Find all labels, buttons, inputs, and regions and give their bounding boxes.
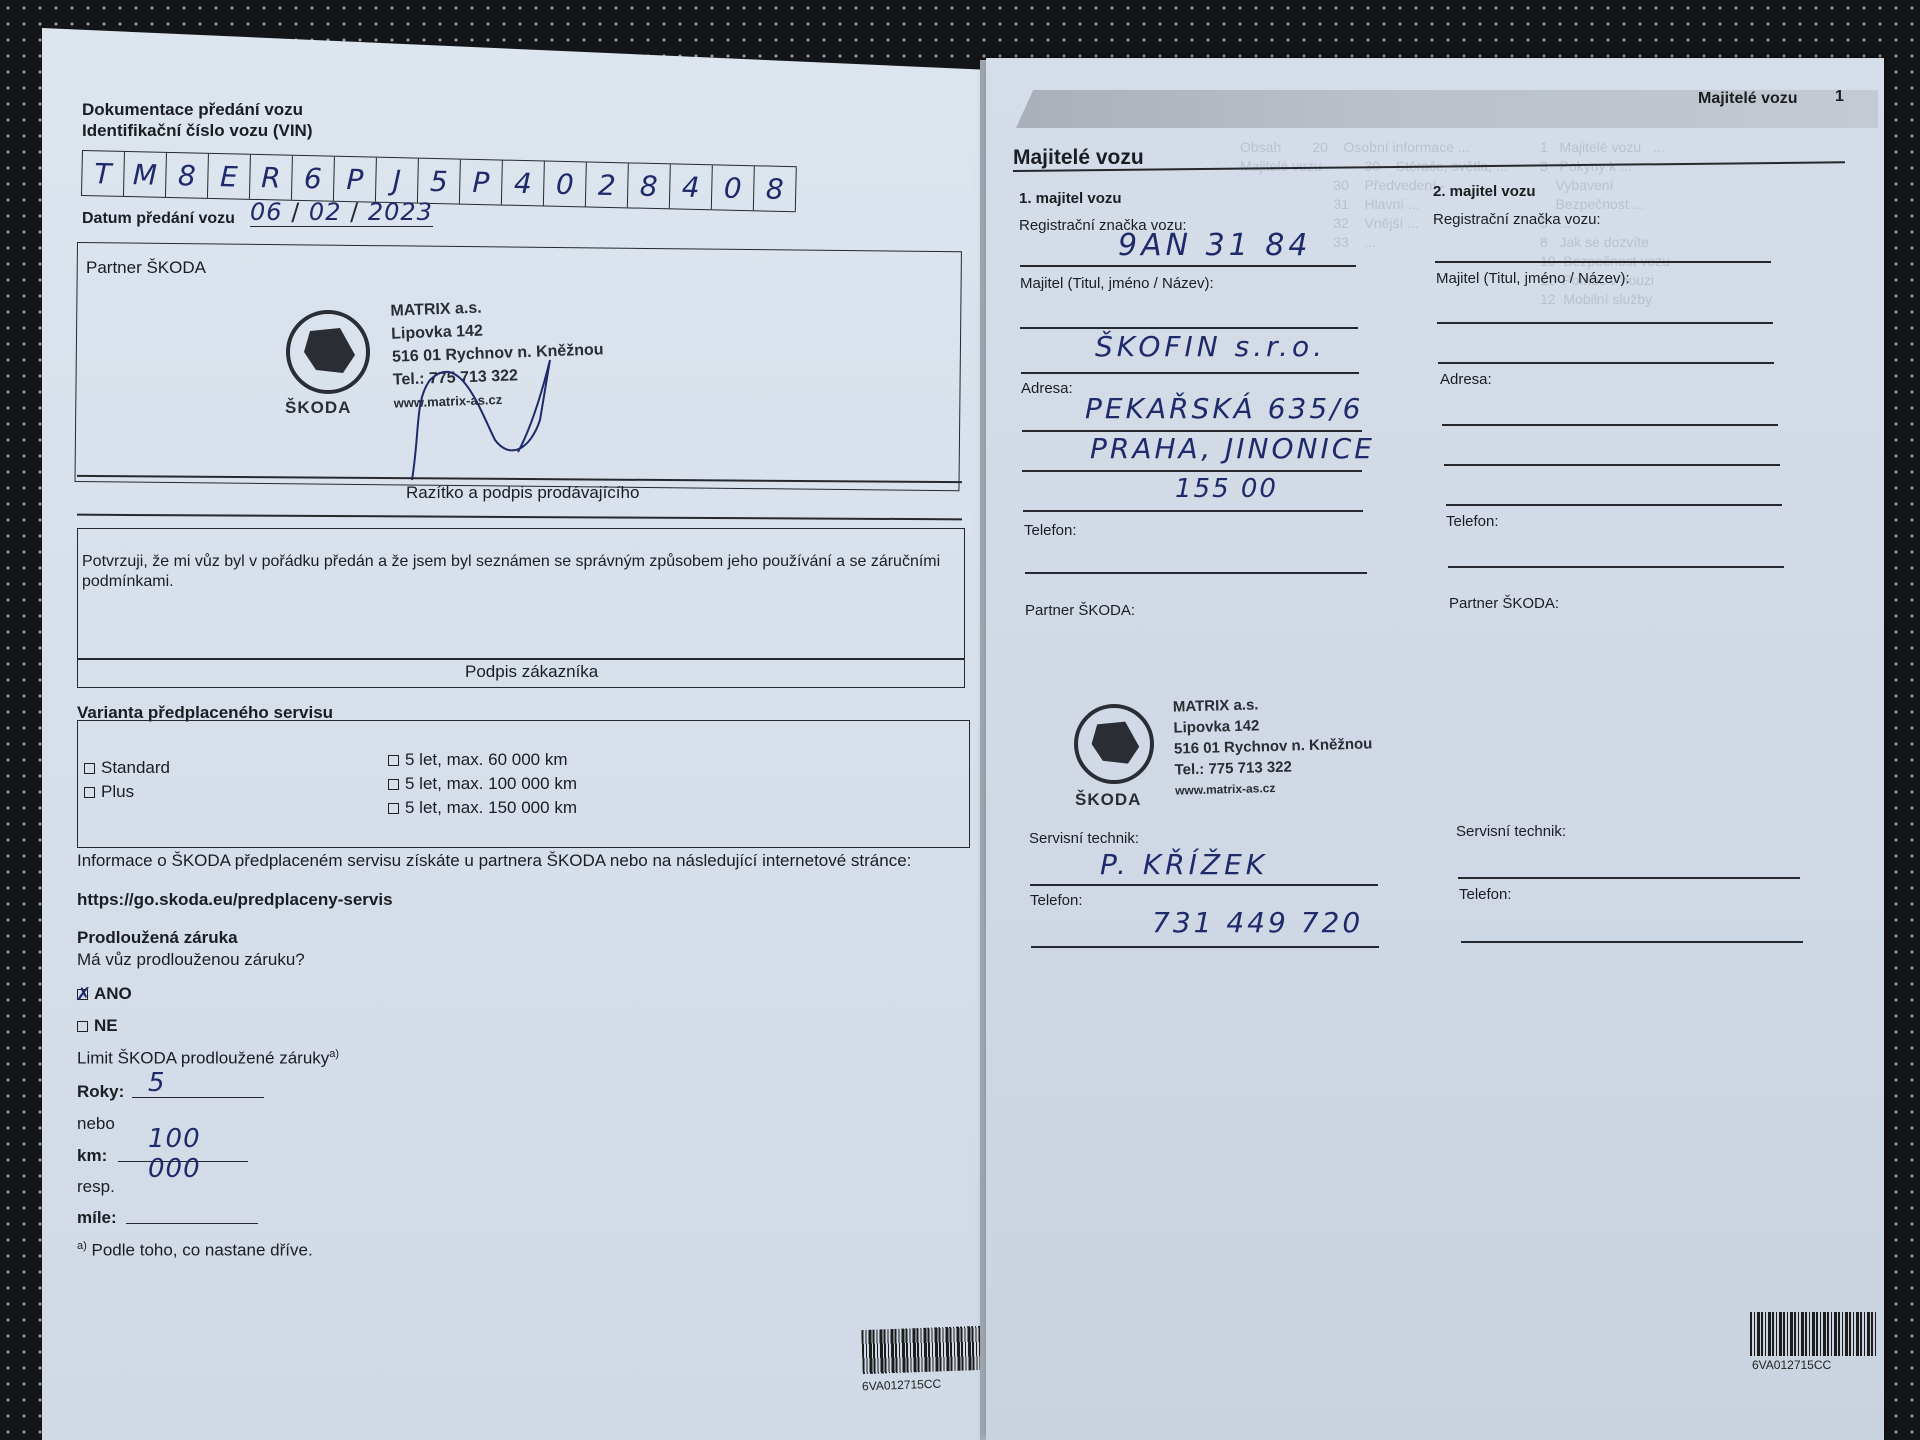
warranty-no-label: NE bbox=[94, 1016, 118, 1035]
owner1-technician-field[interactable] bbox=[1030, 884, 1378, 886]
seller-signature bbox=[400, 340, 560, 490]
warranty-no-option[interactable]: NE bbox=[77, 1016, 118, 1036]
stamp-brand: ŠKODA bbox=[285, 398, 351, 418]
owner1-tech-phone-field[interactable] bbox=[1031, 946, 1379, 948]
checkbox-icon[interactable] bbox=[84, 787, 95, 798]
owner2-technician-label: Servisní technik: bbox=[1456, 823, 1566, 840]
vin-char-cell[interactable]: 8 bbox=[628, 163, 671, 208]
km-label: km: bbox=[77, 1146, 107, 1166]
owner2-address-label: Adresa: bbox=[1440, 371, 1492, 388]
owner1-owner-field-2[interactable] bbox=[1021, 372, 1359, 374]
barcode bbox=[1750, 1312, 1876, 1356]
page-title: Majitelé vozu bbox=[1013, 146, 1144, 170]
vin-char-cell[interactable]: T bbox=[82, 151, 125, 196]
owner1-address-line2: PRAHA, JINONICE bbox=[1090, 432, 1375, 465]
variant-standard-label: Standard bbox=[101, 758, 170, 777]
vin-char-cell[interactable]: 2 bbox=[586, 162, 629, 207]
vin-char-cell[interactable]: P bbox=[334, 157, 377, 202]
vin-char-cell[interactable]: P bbox=[460, 160, 503, 205]
skoda-logo-icon bbox=[286, 310, 370, 394]
owner1-tech-phone-value: 731 449 720 bbox=[1152, 906, 1363, 939]
owner2-address-field-1[interactable] bbox=[1442, 424, 1778, 426]
owner2-owner-field-2[interactable] bbox=[1438, 362, 1774, 364]
owner2-plate-field[interactable] bbox=[1435, 261, 1771, 263]
km-field[interactable]: 100 000 bbox=[118, 1124, 248, 1162]
option-150000[interactable]: 5 let, max. 150 000 km bbox=[388, 796, 577, 820]
barcode-label: 6VA012715CC bbox=[1752, 1358, 1831, 1372]
footnote: a) Podle toho, co nastane dříve. bbox=[77, 1240, 313, 1261]
handover-date-label: Datum předání vozu bbox=[82, 210, 235, 228]
owner1-plate-value: 9AN 31 84 bbox=[1118, 228, 1311, 263]
date-day: 06 bbox=[250, 198, 283, 226]
owner2-owner-field-1[interactable] bbox=[1437, 322, 1773, 324]
option-60000[interactable]: 5 let, max. 60 000 km bbox=[388, 748, 577, 772]
seller-signature-caption: Razítko a podpis prodávajícího bbox=[406, 483, 639, 503]
extended-warranty-question: Má vůz prodlouženou záruku? bbox=[77, 950, 305, 970]
option-100000-label: 5 let, max. 100 000 km bbox=[405, 774, 577, 793]
years-field[interactable]: 5 bbox=[132, 1068, 264, 1098]
vin-char-cell[interactable]: 5 bbox=[418, 159, 461, 204]
vin-label: Identifikační číslo vozu (VIN) bbox=[82, 121, 312, 141]
footnote-mark: a) bbox=[77, 1240, 87, 1252]
barcode bbox=[861, 1326, 982, 1374]
resp-label: resp. bbox=[77, 1177, 115, 1197]
customer-sign-divider bbox=[77, 658, 965, 660]
owner2-heading: 2. majitel vozu bbox=[1433, 183, 1536, 200]
vin-char-cell[interactable]: M bbox=[124, 152, 167, 197]
owner1-owner-field-1[interactable] bbox=[1020, 327, 1358, 329]
option-list: 5 let, max. 60 000 km 5 let, max. 100 00… bbox=[388, 748, 577, 820]
owner1-address-field-3[interactable] bbox=[1023, 510, 1363, 512]
owner2-plate-label: Registrační značka vozu: bbox=[1433, 211, 1601, 228]
skoda-logo-icon bbox=[1074, 704, 1154, 784]
option-60000-label: 5 let, max. 60 000 km bbox=[405, 750, 568, 769]
date-month: 02 bbox=[309, 198, 342, 226]
dealer-stamp-right: MATRIX a.s. Lipovka 142 516 01 Rychnov n… bbox=[1173, 691, 1374, 801]
owner2-address-field-2[interactable] bbox=[1444, 464, 1780, 466]
date-sep-2: / bbox=[350, 198, 359, 226]
section-header-title: Majitelé vozu bbox=[1698, 90, 1798, 108]
miles-field[interactable] bbox=[126, 1200, 258, 1224]
owner1-owner-value: ŠKOFIN s.r.o. bbox=[1095, 330, 1326, 363]
owner1-address-line3: 155 00 bbox=[1175, 474, 1278, 504]
warranty-yes-option[interactable]: ✗ANO bbox=[77, 984, 132, 1004]
variant-list: Standard Plus bbox=[84, 756, 170, 804]
limit-label-text: Limit ŠKODA prodloužené záruky bbox=[77, 1049, 329, 1068]
owner1-address-field-2[interactable] bbox=[1022, 470, 1362, 472]
owner2-technician-field[interactable] bbox=[1458, 877, 1800, 879]
variant-plus[interactable]: Plus bbox=[84, 780, 170, 804]
page-number: 1 bbox=[1835, 88, 1844, 106]
checkbox-checked-icon[interactable]: ✗ bbox=[77, 989, 88, 1000]
owner1-phone-field[interactable] bbox=[1025, 572, 1367, 574]
owner1-owner-label: Majitel (Titul, jméno / Název): bbox=[1020, 275, 1214, 292]
owner1-technician-label: Servisní technik: bbox=[1029, 830, 1139, 847]
option-150000-label: 5 let, max. 150 000 km bbox=[405, 798, 577, 817]
checkbox-icon[interactable] bbox=[388, 779, 399, 790]
owner2-tech-phone-label: Telefon: bbox=[1459, 886, 1512, 903]
date-year: 2023 bbox=[368, 198, 433, 226]
vin-char-cell[interactable]: 4 bbox=[502, 161, 545, 206]
owner1-partner-label: Partner ŠKODA: bbox=[1025, 602, 1135, 619]
vin-char-cell[interactable]: 6 bbox=[292, 156, 335, 201]
variant-standard[interactable]: Standard bbox=[84, 756, 170, 780]
or-label: nebo bbox=[77, 1114, 115, 1134]
partner-label: Partner ŠKODA bbox=[86, 258, 206, 278]
handover-doc-title: Dokumentace předání vozu bbox=[82, 100, 303, 120]
checkbox-icon[interactable] bbox=[77, 1021, 88, 1032]
confirmation-text: Potvrzuji, že mi vůz byl v pořádku předá… bbox=[82, 552, 962, 592]
years-label: Roky: bbox=[77, 1082, 124, 1102]
owner1-address-label: Adresa: bbox=[1021, 380, 1073, 397]
limit-footnote-mark: a) bbox=[329, 1048, 339, 1060]
extended-warranty-heading: Prodloužená záruka bbox=[77, 928, 238, 948]
vin-char-cell[interactable]: 0 bbox=[544, 162, 587, 207]
owner1-heading: 1. majitel vozu bbox=[1019, 190, 1122, 207]
owner2-address-field-3[interactable] bbox=[1446, 504, 1782, 506]
owner2-tech-phone-field[interactable] bbox=[1461, 941, 1803, 943]
info-text: Informace o ŠKODA předplaceném servisu z… bbox=[77, 851, 977, 871]
handover-date-field[interactable]: 06 / 02 / 2023 bbox=[250, 198, 433, 227]
warranty-limit-label: Limit ŠKODA prodloužené zárukya) bbox=[77, 1048, 339, 1069]
vin-char-cell[interactable]: 0 bbox=[712, 165, 755, 210]
checkbox-icon[interactable] bbox=[388, 755, 399, 766]
owner1-phone-label: Telefon: bbox=[1024, 522, 1077, 539]
vin-char-cell[interactable]: 4 bbox=[670, 164, 713, 209]
vin-char-cell[interactable]: 8 bbox=[166, 153, 209, 198]
owner1-tech-phone-label: Telefon: bbox=[1030, 892, 1083, 909]
vin-char-cell[interactable]: 8 bbox=[754, 166, 797, 211]
vin-char-cell[interactable]: E bbox=[208, 154, 251, 199]
vin-char-cell[interactable]: J bbox=[376, 158, 419, 203]
date-sep-1: / bbox=[291, 198, 300, 226]
variant-plus-label: Plus bbox=[101, 782, 134, 801]
owner2-phone-field[interactable] bbox=[1448, 566, 1784, 568]
owner2-owner-label: Majitel (Titul, jméno / Název): bbox=[1436, 270, 1630, 287]
owner2-partner-label: Partner ŠKODA: bbox=[1449, 595, 1559, 612]
owner1-address-line1: PEKAŘSKÁ 635/6 bbox=[1085, 392, 1363, 425]
checkbox-icon[interactable] bbox=[84, 763, 95, 774]
owner1-plate-field[interactable] bbox=[1020, 265, 1356, 267]
customer-signature-caption: Podpis zákazníka bbox=[465, 662, 598, 682]
vin-char-cell[interactable]: R bbox=[250, 155, 293, 200]
owner1-technician-value: P. KŘÍŽEK bbox=[1100, 848, 1268, 881]
footnote-text: Podle toho, co nastane dříve. bbox=[92, 1241, 313, 1260]
barcode-label: 6VA012715CC bbox=[862, 1377, 942, 1394]
info-url-link[interactable]: https://go.skoda.eu/predplaceny-servis bbox=[77, 890, 393, 910]
stamp-brand-right: ŠKODA bbox=[1075, 790, 1141, 810]
warranty-yes-label: ANO bbox=[94, 984, 132, 1003]
miles-label: míle: bbox=[77, 1208, 117, 1228]
owner2-phone-label: Telefon: bbox=[1446, 513, 1499, 530]
checkbox-icon[interactable] bbox=[388, 803, 399, 814]
option-100000[interactable]: 5 let, max. 100 000 km bbox=[388, 772, 577, 796]
